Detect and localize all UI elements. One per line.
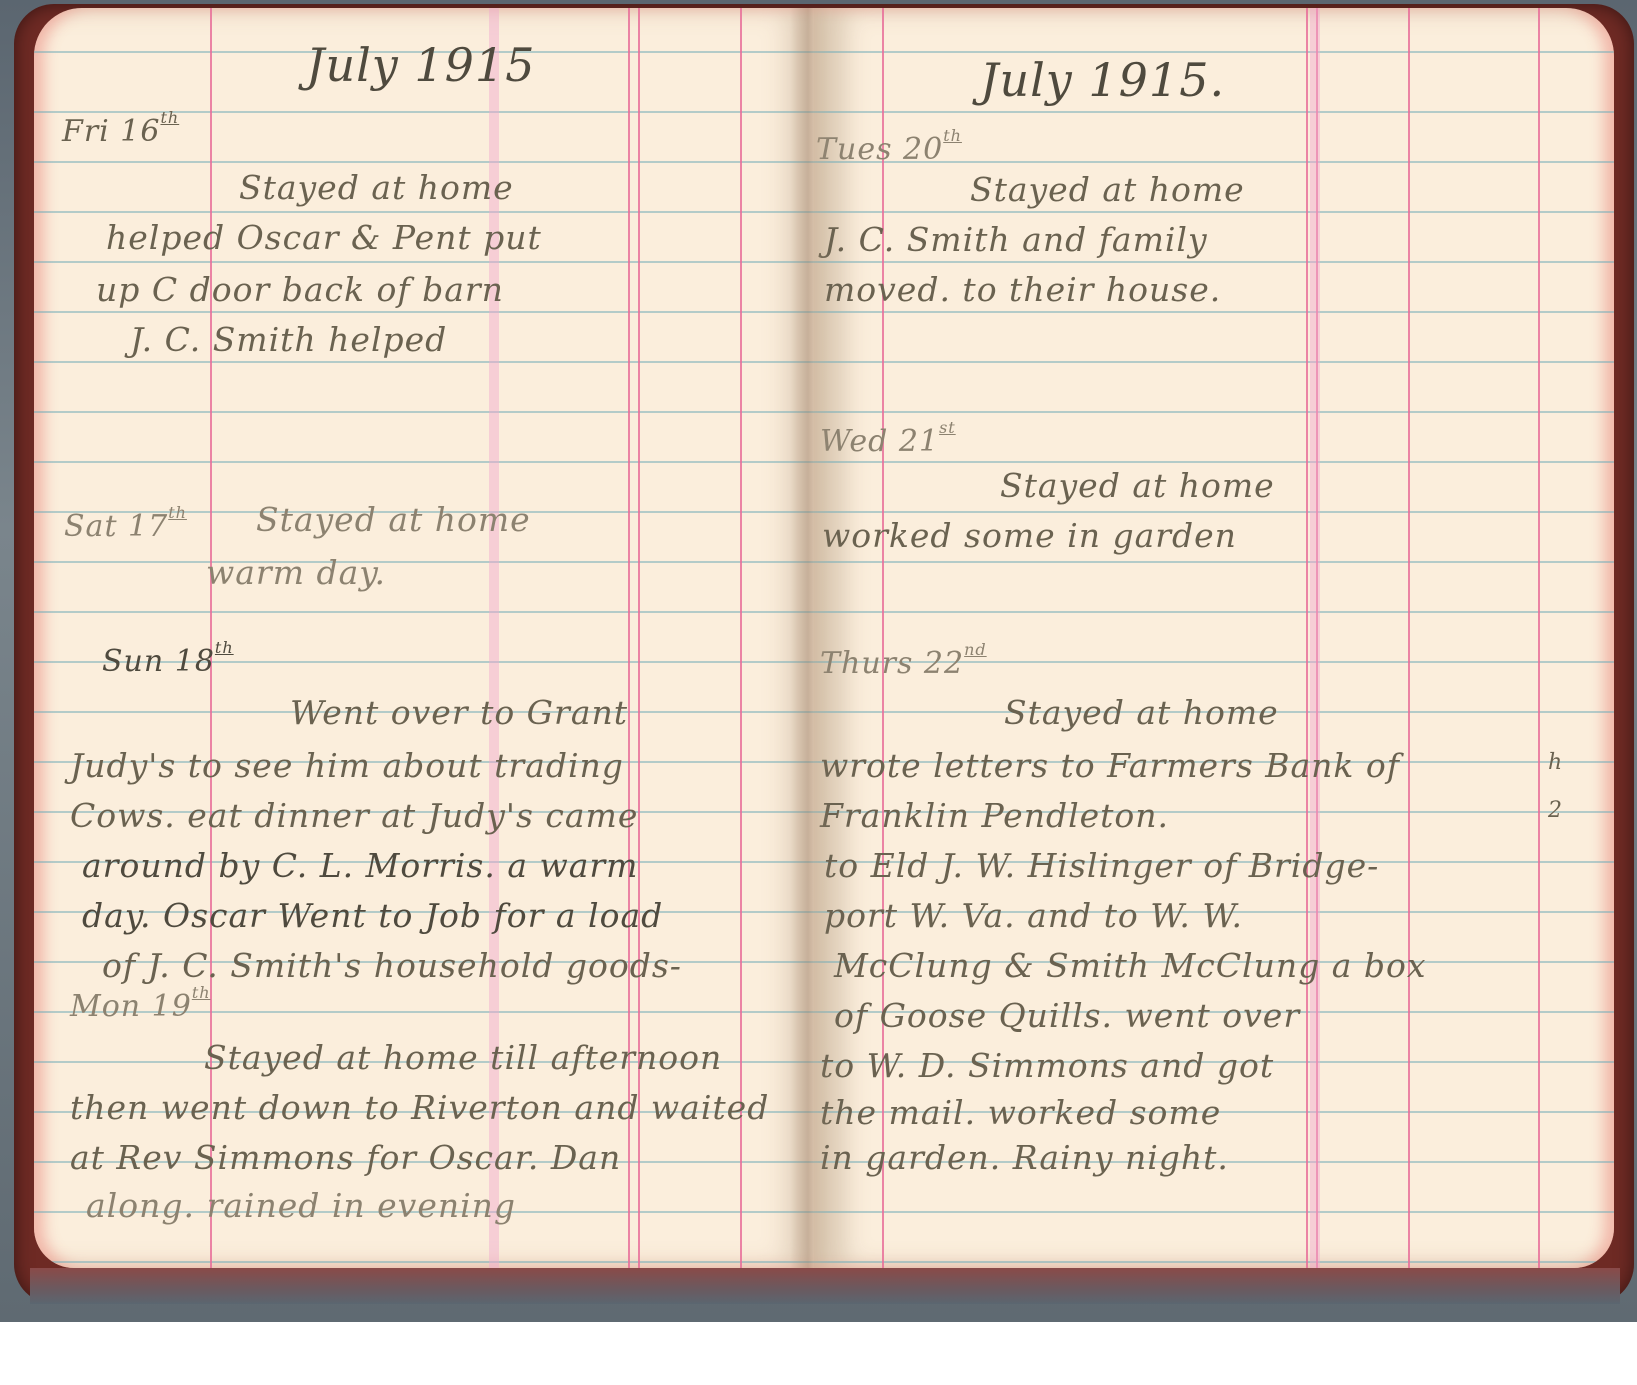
entry-line: Franklin Pendleton. — [820, 796, 1169, 835]
entry-line: McClung & Smith McClung a box — [834, 946, 1426, 985]
book-cover-edge — [30, 1268, 1620, 1304]
page-edge-line — [1538, 8, 1540, 1268]
entry-line: of Goose Quills. went over — [834, 996, 1300, 1035]
column-line — [1408, 8, 1410, 1268]
entry-line: Judy's to see him about trading — [70, 746, 624, 785]
entry-line: worked some in garden — [822, 516, 1237, 555]
entry-line: warm day. — [206, 553, 386, 592]
faint-column-band — [1310, 8, 1320, 1268]
left-page: July 1915 Fri 16th Stayed at home helped… — [34, 8, 814, 1268]
entry-date: Mon 19th — [70, 983, 211, 1024]
entry-line: to Eld J. W. Hislinger of Bridge- — [824, 846, 1379, 885]
entry-line: Went over to Grant — [290, 693, 628, 732]
column-line — [1306, 8, 1308, 1268]
entry-line: Stayed at home — [970, 170, 1245, 209]
entry-line: to W. D. Simmons and got — [820, 1046, 1274, 1085]
entry-line: of J. C. Smith's household goods- — [102, 946, 682, 985]
entry-line: helped Oscar & Pent put — [106, 218, 542, 257]
book-gutter — [790, 8, 830, 1268]
right-page: July 1915. Tues 20th Stayed at home J. C… — [814, 8, 1614, 1268]
entry-line: along. rained in evening — [86, 1186, 516, 1225]
page-heading: July 1915 — [306, 38, 535, 92]
edge-mark: h — [1548, 750, 1562, 775]
column-line — [638, 8, 640, 1268]
entry-line: Stayed at home — [239, 168, 514, 207]
entry-date: Thurs 22nd — [820, 640, 987, 681]
entry-line: moved. to their house. — [824, 270, 1221, 309]
entry-date: Wed 21st — [820, 418, 956, 459]
entry-date: Tues 20th — [816, 126, 962, 167]
entry-line: Stayed at home till afternoon — [204, 1038, 722, 1077]
entry-date: Sat 17th — [64, 503, 187, 544]
entry-line: then went down to Riverton and waited — [70, 1088, 769, 1127]
entry-line: in garden. Rainy night. — [820, 1138, 1229, 1177]
entry-line: around by C. L. Morris. a warm — [82, 846, 638, 885]
entry-line: Stayed at home — [1000, 466, 1275, 505]
entry-line: wrote letters to Farmers Bank of — [820, 746, 1400, 785]
entry-line: port W. Va. and to W. W. — [824, 896, 1243, 935]
page-heading: July 1915. — [980, 53, 1225, 107]
entry-line: Stayed at home — [1004, 693, 1279, 732]
entry-date: Sun 18th — [102, 638, 234, 679]
entry-line: Cows. eat dinner at Judy's came — [70, 796, 638, 835]
entry-line: day. Oscar Went to Job for a load — [82, 896, 663, 935]
column-line — [740, 8, 742, 1268]
entry-date: Fri 16th — [62, 108, 179, 149]
entry-line: at Rev Simmons for Oscar. Dan — [70, 1138, 621, 1177]
entry-line: Stayed at home — [256, 500, 531, 539]
entry-line: the mail. worked some — [820, 1093, 1221, 1132]
entry-line: J. C. Smith and family — [824, 220, 1208, 259]
edge-mark: 2 — [1548, 798, 1562, 823]
column-line — [628, 8, 630, 1268]
entry-line: J. C. Smith helped — [130, 320, 447, 359]
entry-line: up C door back of barn — [96, 270, 504, 309]
